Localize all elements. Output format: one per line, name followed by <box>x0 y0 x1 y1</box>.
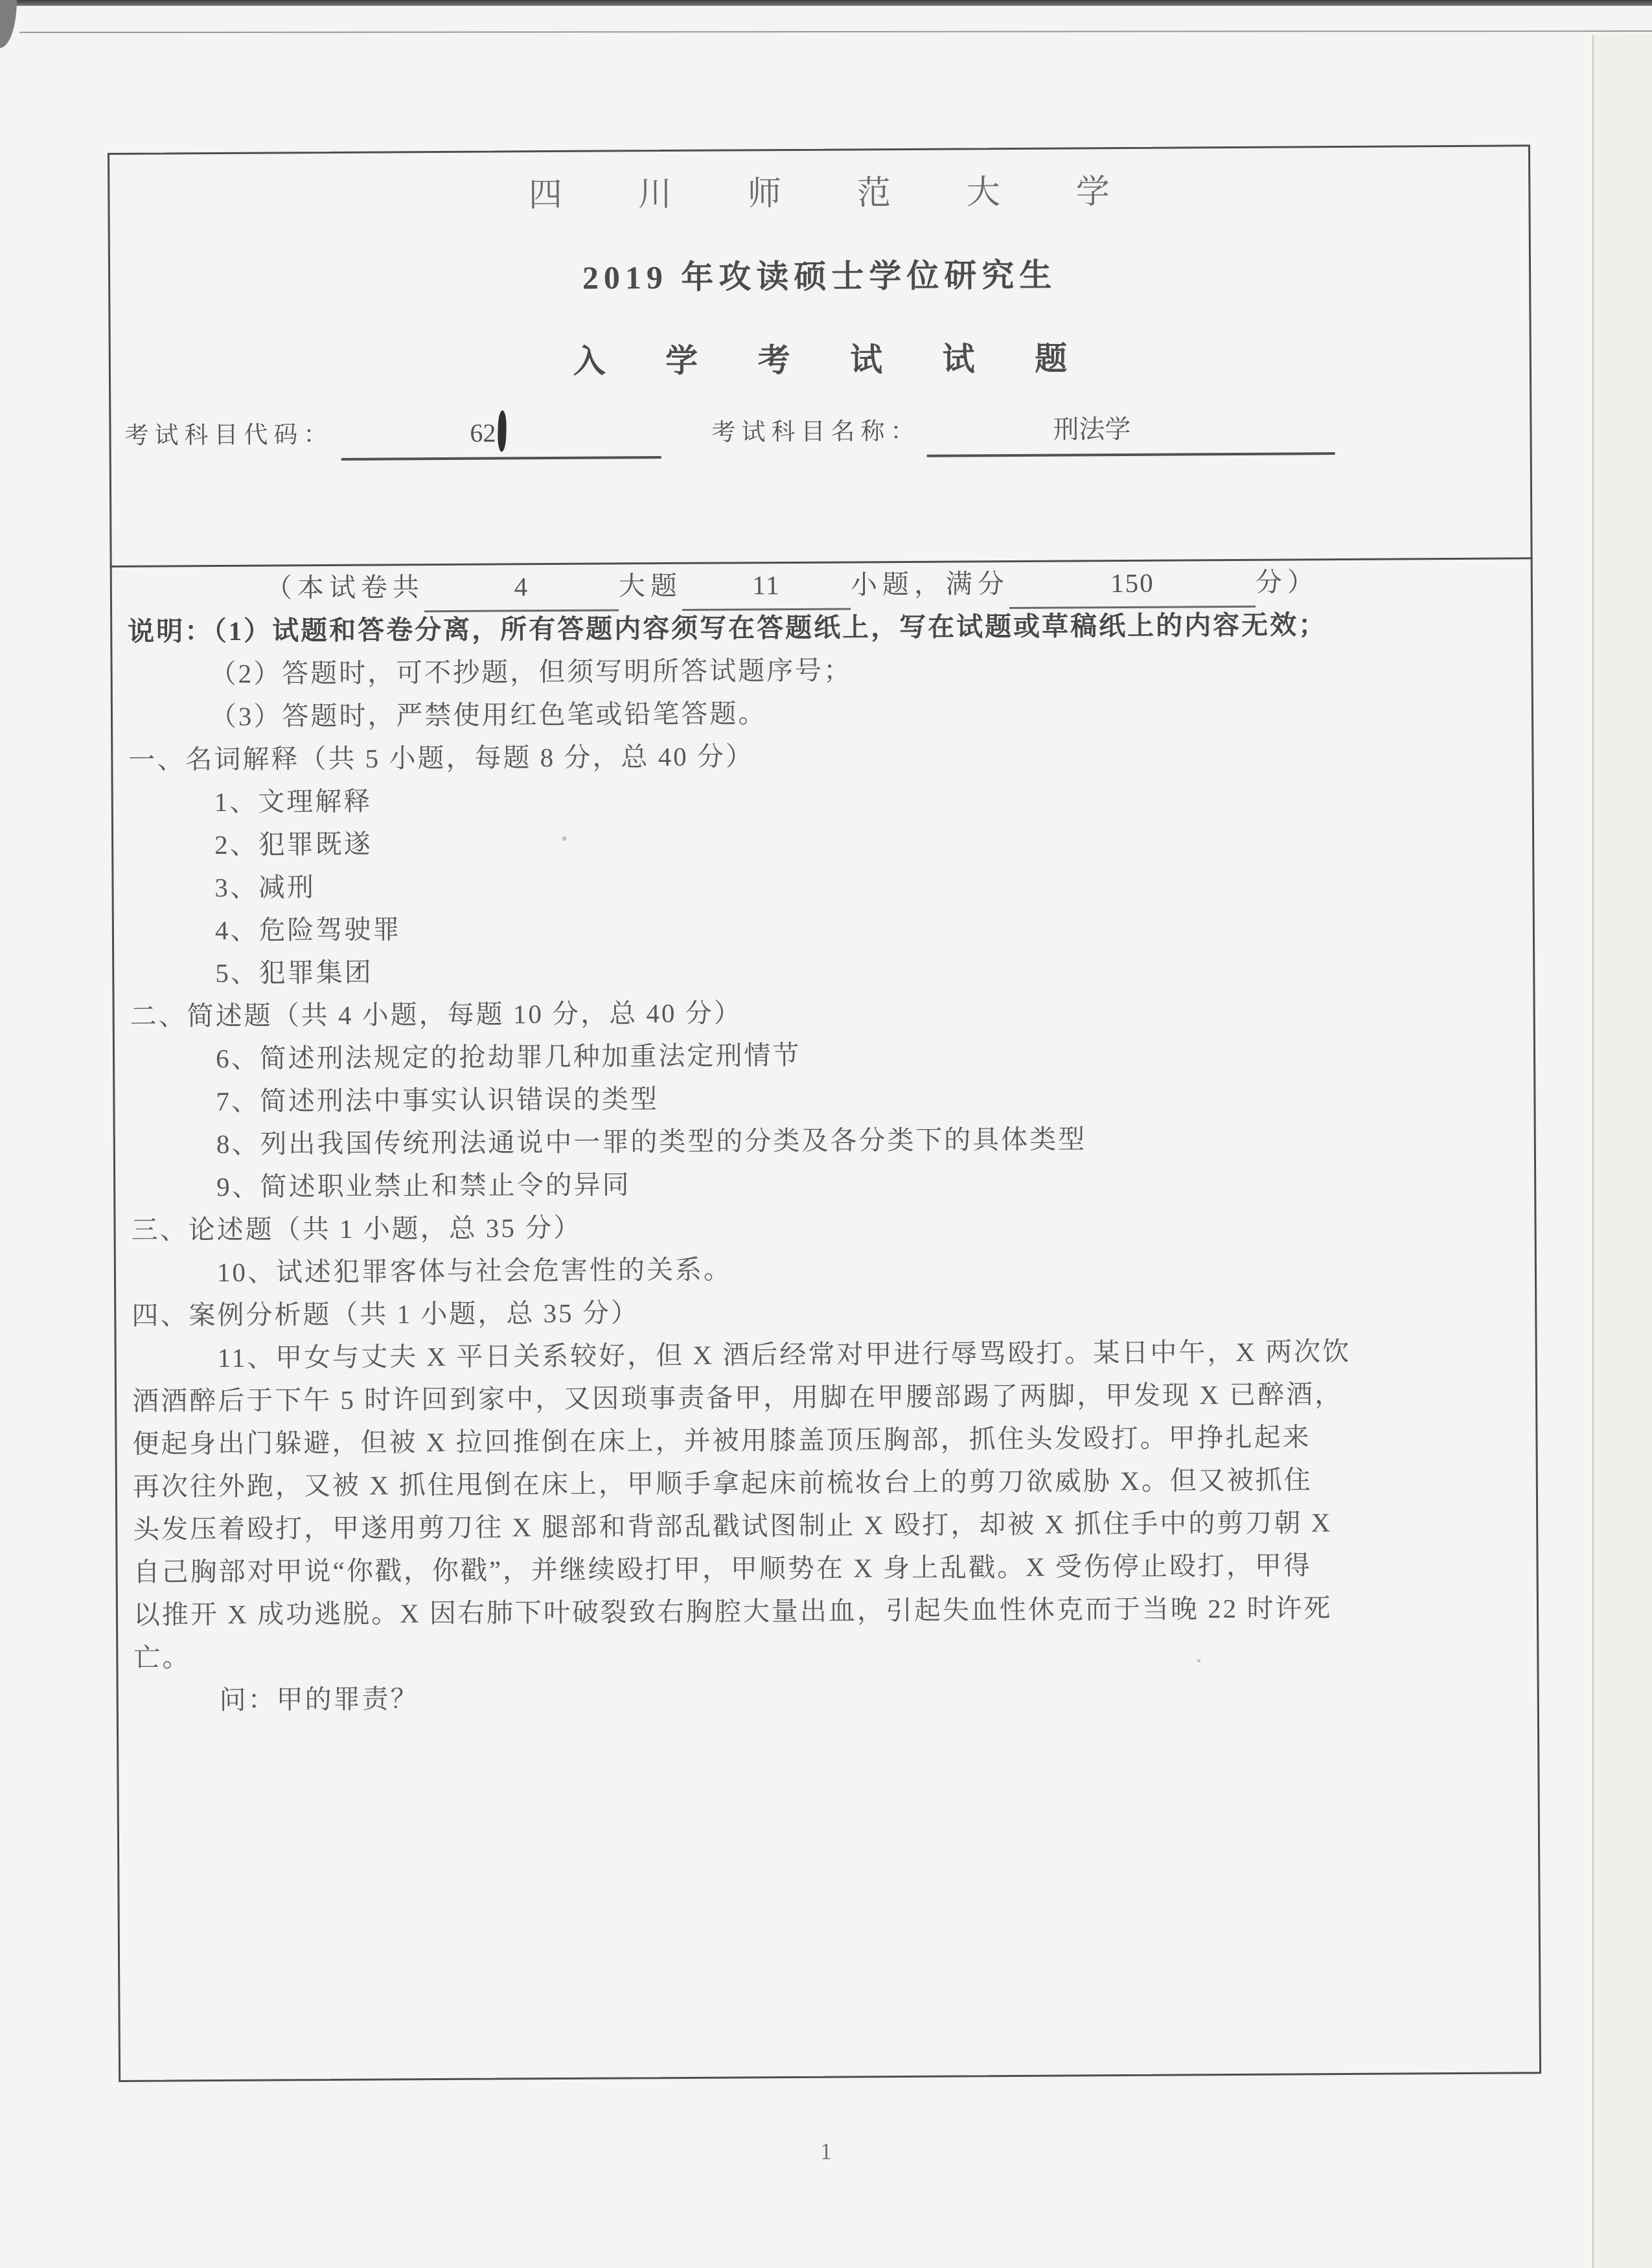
meta-suffix: 分） <box>1256 567 1319 597</box>
question-item: 7、简述刑法中事实认识错误的类型 <box>115 1072 1533 1123</box>
subject-name-blank: 刑法学 <box>926 408 1335 457</box>
exam-title: 入 学 考 试 试 题 <box>111 336 1530 384</box>
question-item: 2、犯罪既遂 <box>113 816 1532 867</box>
case-text-line: 便起身出门躲避，但被 X 拉回推倒在床上，并被用膝盖顶压胸部，抓住头发殴打。甲挣… <box>117 1414 1535 1465</box>
meta-between2: 小题，满分 <box>851 569 1009 599</box>
subject-name-label: 考试科目名称： <box>711 412 920 453</box>
case-text-line: 头发压着殴打，甲遂用剪刀往 X 腿部和背部乱戳试图制止 X 殴打，却被 X 抓住… <box>117 1500 1536 1551</box>
exam-body: （本试卷共4大题11小题，满分150分） 说明：（1）试题和答卷分离，所有答题内… <box>112 559 1537 1722</box>
subject-name-value: 刑法学 <box>1053 415 1130 444</box>
exam-content-frame: 四 川 师 范 大 学 2019 年攻读硕士学位研究生 入 学 考 试 试 题 … <box>108 144 1541 2082</box>
scan-corner-shadow <box>0 0 17 48</box>
meta-minor-count: 11 <box>682 563 851 610</box>
meta-prefix: （本试卷共 <box>266 572 424 602</box>
paper-meta-line: （本试卷共4大题11小题，满分150分） <box>112 559 1531 610</box>
question-item: 9、简述职业禁止和禁止令的异同 <box>115 1158 1534 1209</box>
case-text-line: 11、甲女与丈夫 X 平日关系较好，但 X 酒后经常对甲进行辱骂殴打。某日中午，… <box>117 1329 1535 1380</box>
question-item: 6、简述刑法规定的抢劫罪几种加重法定刑情节 <box>115 1029 1533 1081</box>
section-3-title: 三、论述题（共 1 小题，总 35 分） <box>115 1200 1534 1252</box>
section-4-title: 四、案例分析题（共 1 小题，总 35 分） <box>116 1286 1535 1337</box>
case-text-line: 自己胸部对甲说“你戳，你戳”，并继续殴打甲，甲顺势在 X 身上乱戳。X 受伤停止… <box>117 1542 1536 1594</box>
question-item: 8、列出我国传统刑法通说中一罪的类型的分类及各分类下的具体类型 <box>115 1115 1534 1166</box>
case-text-line: 酒酒醉后于下午 5 时许回到家中，又因琐事责备甲，用脚在甲腰部踢了两脚，甲发现 … <box>117 1371 1535 1423</box>
question-item: 1、文理解释 <box>113 773 1532 824</box>
meta-total-score: 150 <box>1009 561 1256 609</box>
question-item: 4、危险驾驶罪 <box>114 901 1533 952</box>
case-question: 问：甲的罪责？ <box>119 1671 1537 1722</box>
case-text-line: 再次往外跑，又被 X 抓住甩倒在床上，甲顺手拿起床前梳妆台上的剪刀欲威胁 X。但… <box>117 1457 1536 1508</box>
university-name: 四 川 师 范 大 学 <box>109 170 1528 218</box>
scan-top-rule <box>19 30 1652 33</box>
question-item: 3、减刑 <box>113 858 1532 910</box>
subject-code-label: 考试科目代码： <box>124 415 333 457</box>
subject-code-value: 62 <box>470 418 496 448</box>
program-line: 2019 年攻读硕士学位研究生 <box>110 252 1529 301</box>
section-2-title: 二、简述题（共 4 小题，每题 10 分，总 40 分） <box>114 987 1533 1038</box>
instruction-line-1: 说明：（1）试题和答卷分离，所有答题内容须写在答题纸上，写在试题或草稿纸上的内容… <box>112 602 1531 653</box>
subject-row: 考试科目代码： 62 考试科目名称： 刑法学 <box>124 404 1519 461</box>
scan-right-band <box>1594 35 1652 2268</box>
question-item: 10、试述犯罪客体与社会危害性的关系。 <box>116 1243 1535 1294</box>
case-text-line: 亡。 <box>118 1628 1537 1679</box>
meta-major-count: 4 <box>424 564 619 612</box>
scan-right-page-edge <box>1592 35 1594 2268</box>
case-text-line: 以推开 X 成功逃脱。X 因右肺下叶破裂致右胸腔大量出血，引起失血性休克而于当晚… <box>118 1585 1537 1636</box>
page-number: 1 <box>0 2138 1652 2165</box>
subject-code-blank: 62 <box>341 409 661 461</box>
scanned-exam-page: 四 川 师 范 大 学 2019 年攻读硕士学位研究生 入 学 考 试 试 题 … <box>0 0 1652 2268</box>
instruction-line-3: （3）答题时，严禁使用红色笔或铅笔答题。 <box>113 687 1532 739</box>
meta-between1: 大题 <box>619 571 682 601</box>
instruction-line-2: （2）答题时，可不抄题，但须写明所答试题序号； <box>112 645 1531 696</box>
ink-mark <box>498 410 507 452</box>
scan-top-edge <box>0 0 1652 6</box>
question-item: 5、犯罪集团 <box>114 944 1533 995</box>
section-1-title: 一、名词解释（共 5 小题，每题 8 分，总 40 分） <box>113 730 1532 781</box>
